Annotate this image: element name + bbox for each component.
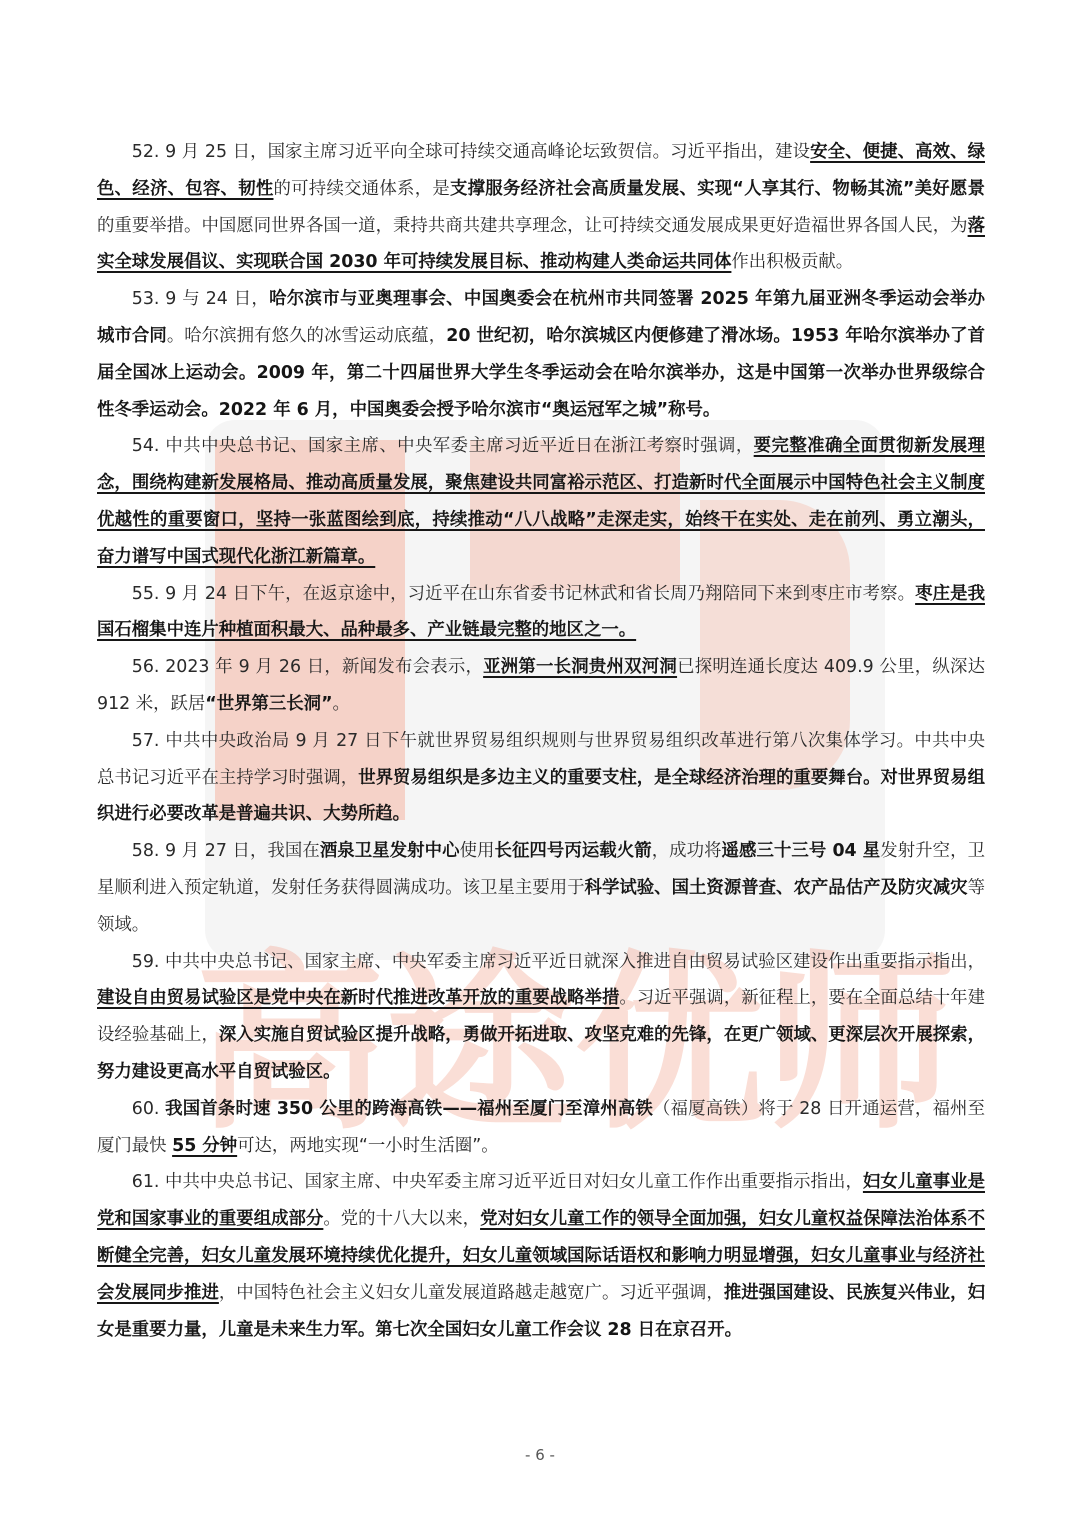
emphasized-text: 深入实施自贸试验区提升战略，勇做开拓进取、攻坚克难的先锋，在更广领域、更深层次开… (97, 1025, 985, 1082)
body-text: 。党的十八大以来， (323, 1209, 480, 1229)
body-text: 作出积极贡献。 (731, 252, 853, 272)
news-item-58: 58. 9 月 27 日，我国在酒泉卫星发射中心使用长征四号丙运载火箭，成功将遥… (97, 833, 985, 943)
body-text: 56. 2023 年 9 月 26 日，新闻发布会表示， (132, 657, 483, 677)
body-text: 55. 9 月 24 日下午，在返京途中，习近平在山东省委书记林武和省长周乃翔陪… (132, 584, 915, 604)
emphasized-text: 我国首条时速 350 公里的跨海高铁——福州至厦门至漳州高铁 (165, 1099, 653, 1119)
emphasized-text: 支撑服务经济社会高质量发展、实现“人享其行、物畅其流”美好愿景 (450, 179, 985, 199)
emphasized-text: 科学试验、国土资源普查、农产品估产及防灾减灾 (585, 878, 968, 898)
body-text: 的重要举措。中国愿同世界各国一道，秉持共商共建共享理念，让可持续交通发展成果更好… (97, 216, 968, 236)
page-number: - 6 - (0, 1446, 1080, 1464)
body-text: ，成功将 (652, 841, 722, 861)
emphasized-text: 酒泉卫星发射中心 (320, 841, 460, 861)
body-text: 52. 9 月 25 日，国家主席习近平向全球可持续交通高峰论坛致贺信。习近平指… (132, 142, 810, 162)
body-text: 58. 9 月 27 日，我国在 (132, 841, 320, 861)
body-text: 。 (333, 694, 350, 714)
body-text: 的可持续交通体系，是 (274, 179, 451, 199)
body-text: 59. 中共中央总书记、国家主席、中央军委主席习近平近日就深入推进自由贸易试验区… (132, 952, 985, 972)
body-text: 54. 中共中央总书记、国家主席、中央军委主席习近平近日在浙江考察时强调， (132, 436, 754, 456)
emphasized-text: 遥感三十三号 04 星 (722, 841, 881, 861)
body-text: 可达，两地实现“一小时生活圈”。 (237, 1136, 499, 1156)
news-item-52: 52. 9 月 25 日，国家主席习近平向全球可持续交通高峰论坛致贺信。习近平指… (97, 134, 985, 281)
news-item-55: 55. 9 月 24 日下午，在返京途中，习近平在山东省委书记林武和省长周乃翔陪… (97, 576, 985, 650)
news-item-54: 54. 中共中央总书记、国家主席、中央军委主席习近平近日在浙江考察时强调，要完整… (97, 428, 985, 575)
emphasized-text: 建设自由贸易试验区是党中央在新时代推进改革开放的重要战略举措 (97, 988, 619, 1008)
document-body: 52. 9 月 25 日，国家主席习近平向全球可持续交通高峰论坛致贺信。习近平指… (97, 134, 985, 1348)
body-text: 使用 (460, 841, 495, 861)
news-item-57: 57. 中共中央政治局 9 月 27 日下午就世界贸易组织规则与世界贸易组织改革… (97, 723, 985, 833)
body-text: ，中国特色社会主义妇女儿童发展道路越走越宽广。习近平强调， (219, 1283, 724, 1303)
news-item-59: 59. 中共中央总书记、国家主席、中央军委主席习近平近日就深入推进自由贸易试验区… (97, 944, 985, 1091)
emphasized-text: 亚洲第一长洞贵州双河洞 (483, 657, 677, 677)
news-item-56: 56. 2023 年 9 月 26 日，新闻发布会表示，亚洲第一长洞贵州双河洞已… (97, 649, 985, 723)
news-item-60: 60. 我国首条时速 350 公里的跨海高铁——福州至厦门至漳州高铁（福厦高铁）… (97, 1091, 985, 1165)
body-text: 。哈尔滨拥有悠久的冰雪运动底蕴， (167, 326, 446, 346)
news-item-61: 61. 中共中央总书记、国家主席、中央军委主席习近平近日对妇女儿童工作作出重要指… (97, 1164, 985, 1348)
emphasized-text: “世界第三长洞” (205, 694, 332, 714)
emphasized-text: 55 分钟 (172, 1136, 237, 1156)
news-item-53: 53. 9 与 24 日，哈尔滨市与亚奥理事会、中国奥委会在杭州市共同签署 20… (97, 281, 985, 428)
body-text: 61. 中共中央总书记、国家主席、中央军委主席习近平近日对妇女儿童工作作出重要指… (132, 1172, 863, 1192)
emphasized-text: 长征四号丙运载火箭 (495, 841, 652, 861)
body-text: 60. (132, 1099, 165, 1119)
body-text: 53. 9 与 24 日， (132, 289, 269, 309)
